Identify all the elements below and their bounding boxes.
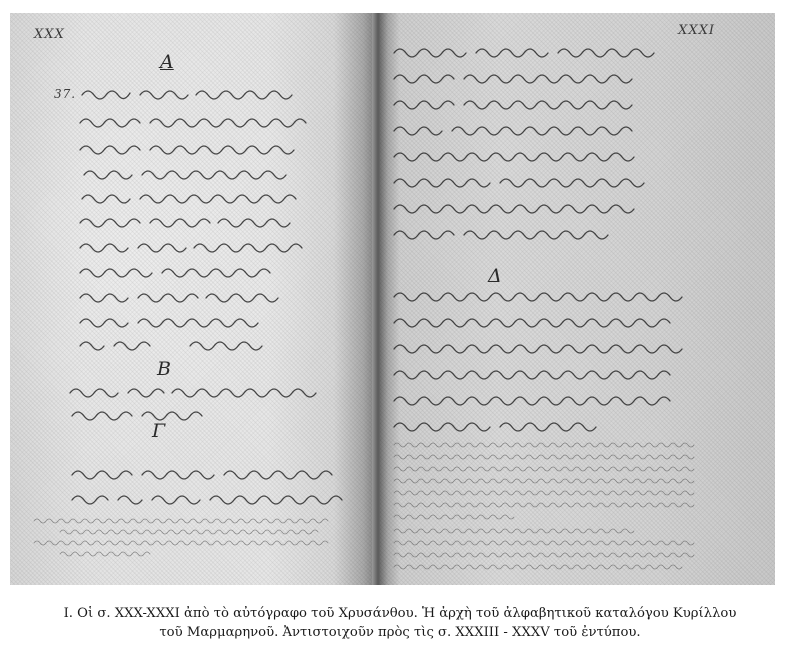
caption-line-2: τοῦ Μαρμαρηνοῦ. Ἀντιστοιχοῦν πρὸς τὶς σ.… (0, 623, 800, 642)
figure-caption: I. Οἱ σ. XXX-XXXI ἀπὸ τὸ αὐτόγραφο τοῦ Χ… (0, 604, 800, 642)
left-manuscript-page: XXX Α Β Γ 37. (10, 13, 378, 585)
right-page-handwriting (380, 13, 775, 585)
manuscript-facsimile: XXX Α Β Γ 37. (10, 13, 775, 585)
right-manuscript-page: XXXI Δ (380, 13, 775, 585)
caption-line-1: I. Οἱ σ. XXX-XXXI ἀπὸ τὸ αὐτόγραφο τοῦ Χ… (0, 604, 800, 623)
left-page-handwriting (10, 13, 378, 585)
